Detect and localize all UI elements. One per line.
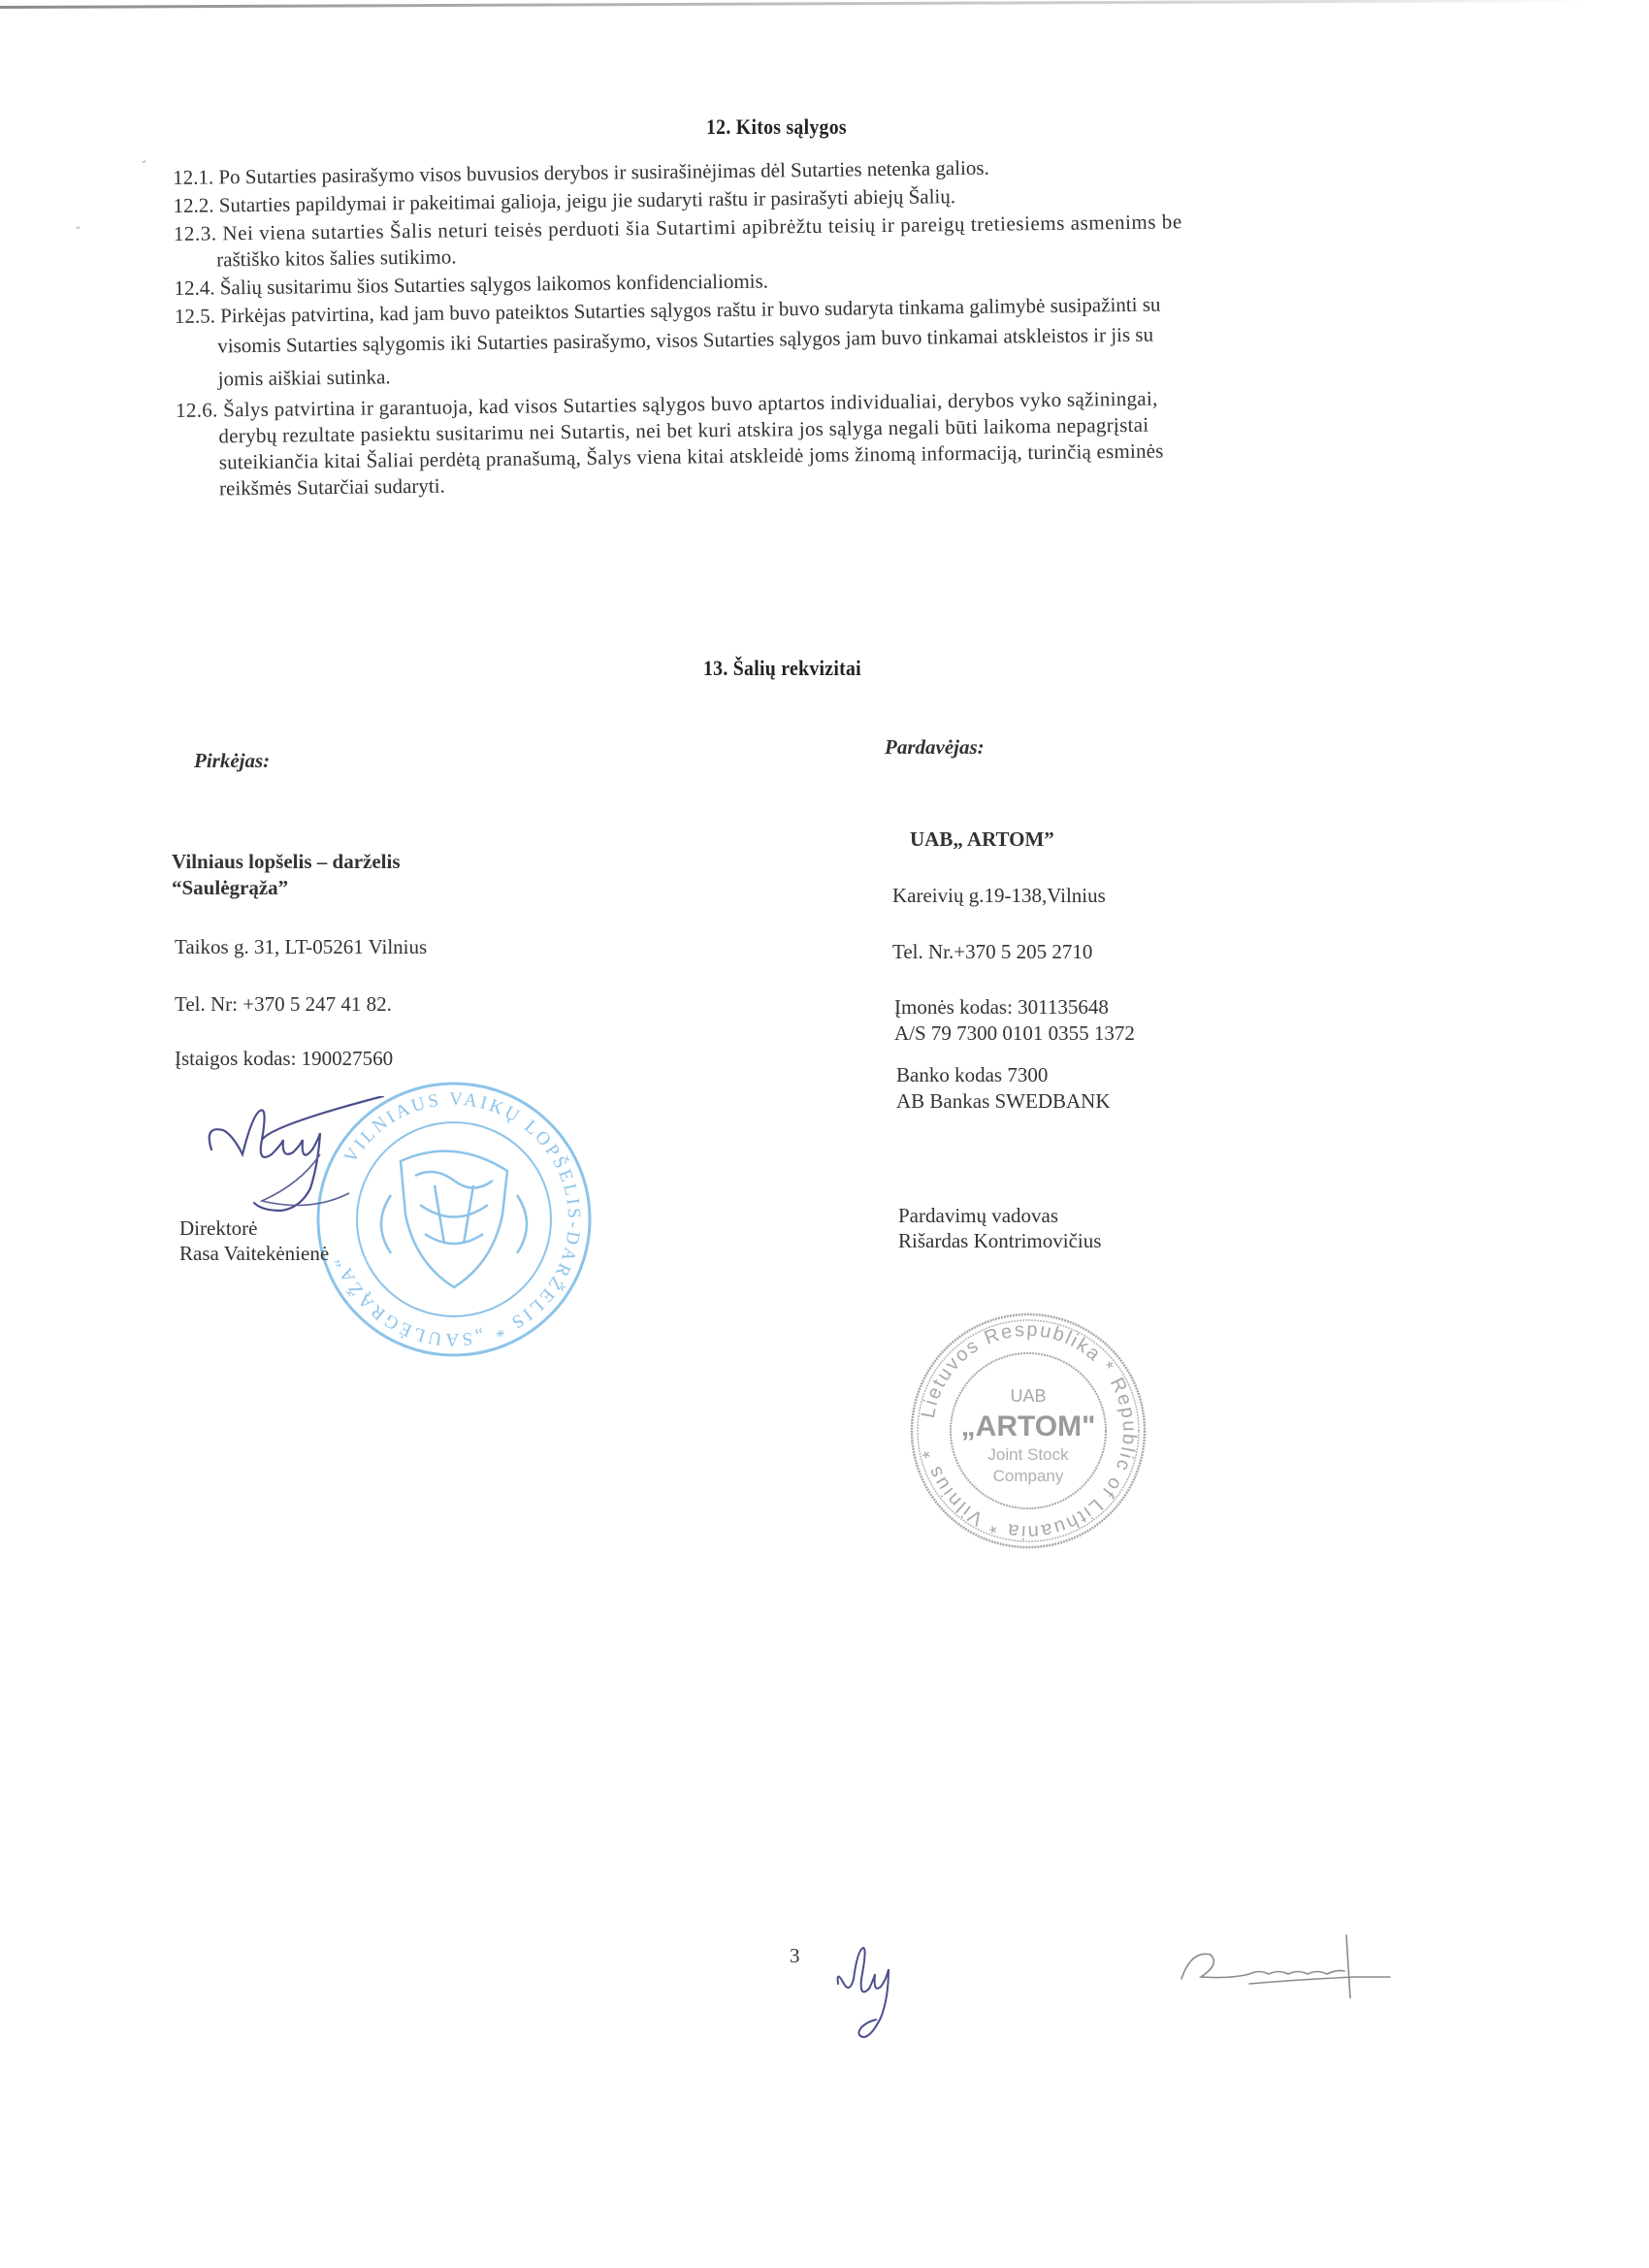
seller-label: Pardavėjas:	[885, 735, 985, 760]
buyer-phone: Tel. Nr: +370 5 247 41 82.	[175, 991, 392, 1017]
seller-phone: Tel. Nr.+370 5 205 2710	[892, 939, 1092, 964]
section-13-title: 13. Šalių rekvizitai	[703, 656, 861, 681]
seller-stamp-icon: Lietuvos Respublika * Republic of Lithua…	[902, 1305, 1154, 1557]
seller-address: Kareivių g.19-138,Vilnius	[892, 883, 1106, 908]
buyer-signatory-name: Rasa Vaitekėnienė	[179, 1241, 329, 1266]
clause-text: Šalių susitarimu šios Sutarties sąlygos …	[220, 270, 768, 300]
buyer-initials-signature-icon	[832, 1940, 900, 2047]
buyer-institution-code: Įstaigos kodas: 190027560	[175, 1046, 393, 1071]
seller-initials-signature-icon	[1172, 1930, 1405, 1998]
section-12-clauses: 12.1. Po Sutarties pasirašymo visos buvu…	[173, 150, 1389, 502]
section-12-title: 12. Kitos sąlygos	[706, 114, 847, 140]
clause-number: 12.5.	[175, 304, 215, 328]
svg-text:Company: Company	[993, 1467, 1064, 1485]
buyer-name-line2: “Saulėgrąža”	[172, 875, 288, 900]
buyer-signatory-title: Direktorė	[179, 1215, 257, 1241]
seller-bank-account: A/S 79 7300 0101 0355 1372	[894, 1021, 1135, 1046]
seller-signatory-name: Rišardas Kontrimovičius	[898, 1228, 1101, 1253]
clause-number: 12.1.	[173, 165, 213, 189]
scan-edge-shadow	[0, 0, 1591, 9]
svg-text:UAB: UAB	[1010, 1386, 1046, 1406]
buyer-address: Taikos g. 31, LT-05261 Vilnius	[175, 934, 427, 959]
scan-mark: ˇ	[141, 159, 150, 176]
clause-12-6: 12.6. Šalys patvirtina ir garantuoja, ka…	[176, 383, 1389, 502]
svg-text:Joint Stock: Joint Stock	[987, 1445, 1069, 1464]
clause-number: 12.4.	[174, 275, 214, 300]
seller-name: UAB„ ARTOM”	[910, 826, 1054, 852]
clause-number: 12.6.	[176, 398, 218, 422]
svg-text:„ARTOM": „ARTOM"	[961, 1410, 1096, 1442]
clause-text: Sutarties papildymai ir pakeitimai galio…	[219, 184, 956, 216]
buyer-name-line1: Vilniaus lopšelis – darželis	[172, 849, 401, 874]
clause-number: 12.2.	[173, 193, 213, 217]
seller-bank-name: AB Bankas SWEDBANK	[896, 1088, 1111, 1114]
buyer-label: Pirkėjas:	[194, 749, 270, 773]
clause-12-5: 12.5. Pirkėjas patvirtina, kad jam buvo …	[175, 289, 1388, 396]
seller-bank-code: Banko kodas 7300	[896, 1062, 1048, 1087]
seller-signatory-title: Pardavimų vadovas	[898, 1203, 1058, 1228]
buyer-signature-icon	[204, 1096, 398, 1232]
seller-company-code: Įmonės kodas: 301135648	[894, 994, 1109, 1020]
page-number: 3	[790, 1944, 800, 1968]
clause-number: 12.3.	[174, 221, 217, 245]
scan-mark: ˇ	[75, 225, 84, 242]
